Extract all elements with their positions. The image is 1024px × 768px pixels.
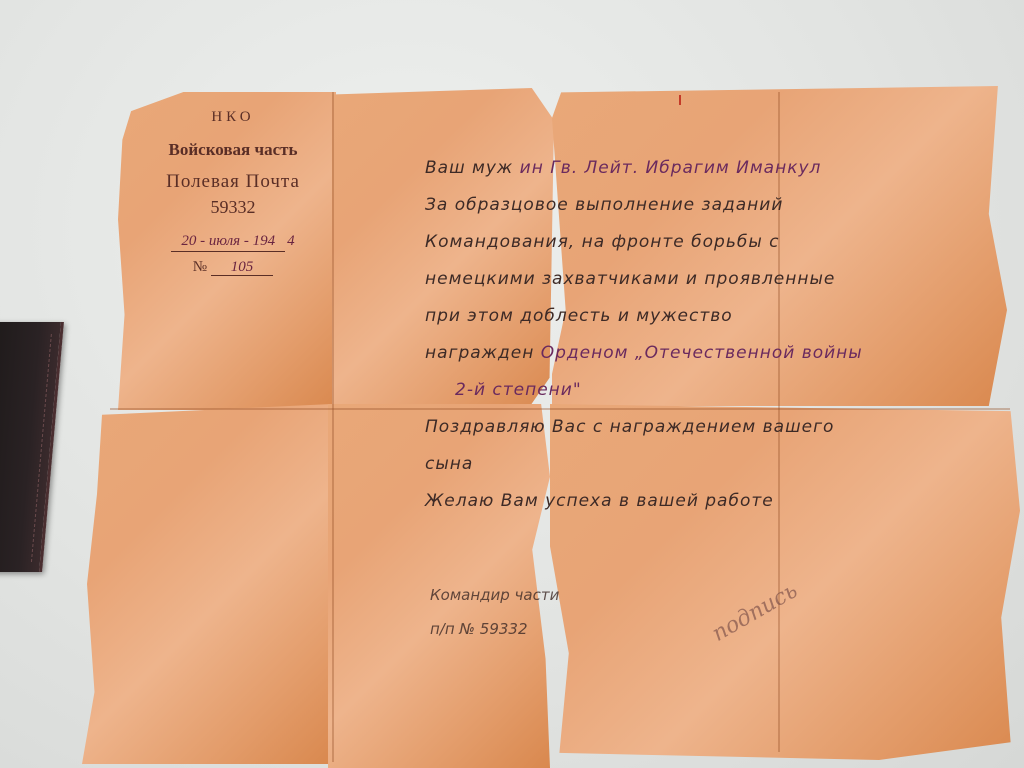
letter-body: Ваш муж ин Гв. Лейт. Ибрагим ИманкулЗа о… <box>425 150 985 520</box>
letter-line: сына <box>425 446 985 483</box>
stamp-number-value: 105 <box>211 259 274 276</box>
stamp-date-suffix: 4 <box>285 232 295 251</box>
letter-line: Поздравляю Вас с награждением вашего <box>425 409 985 446</box>
letter-line: немецкими захватчиками и проявленные <box>425 261 985 298</box>
signature-block: Командир части п/п № 59332 <box>430 578 559 646</box>
handwritten-ink-text: 2-й степени" <box>425 380 582 400</box>
signature-title: Командир части <box>430 578 559 612</box>
stamp-number-row: № 105 <box>128 258 338 277</box>
stamp-date: 20 - июля - 194 <box>171 232 285 252</box>
letter-line: при этом доблесть и мужество <box>425 298 985 335</box>
typed-text: сына <box>425 454 473 474</box>
handwritten-ink-text: ин Гв. Лейт. Ибрагим Иманкул <box>520 158 822 178</box>
letter-line: 2-й степени" <box>425 372 985 409</box>
typed-text: За образцовое выполнение заданий <box>425 195 783 215</box>
stamp-number-label: № <box>193 259 207 275</box>
stamp-field-post: Полевая Почта <box>128 170 338 194</box>
leather-wallet <box>0 322 64 572</box>
field-post-stamp: НКО Войсковая часть Полевая Почта 59332 … <box>128 108 338 277</box>
stamp-unit: Войсковая часть <box>128 139 338 160</box>
typed-text: при этом доблесть и мужество <box>425 306 733 326</box>
letter-line: награжден Орденом „Отечественной войны <box>425 335 985 372</box>
typed-text: немецкими захватчиками и проявленные <box>425 269 835 289</box>
letter-line: Командования, на фронте борьбы с <box>425 224 985 261</box>
typed-text: Желаю Вам успеха в вашей работе <box>425 491 774 511</box>
handwritten-ink-text: Орденом „Отечественной войны <box>541 343 863 363</box>
typed-text: награжден <box>425 343 541 363</box>
letter-line: Желаю Вам успеха в вашей работе <box>425 483 985 520</box>
letter-line: Ваш муж ин Гв. Лейт. Ибрагим Иманкул <box>425 150 985 187</box>
letter-line: За образцовое выполнение заданий <box>425 187 985 224</box>
signature-unit: п/п № 59332 <box>430 612 559 646</box>
typed-text: Командования, на фронте борьбы с <box>425 232 780 252</box>
typed-text: Поздравляю Вас с награждением вашего <box>425 417 834 437</box>
typed-text: Ваш муж <box>425 158 520 178</box>
red-ink-mark <box>679 95 681 105</box>
stamp-org: НКО <box>128 108 338 127</box>
paper-panel-bottom-left <box>82 404 332 764</box>
stamp-post-number: 59332 <box>128 196 338 219</box>
